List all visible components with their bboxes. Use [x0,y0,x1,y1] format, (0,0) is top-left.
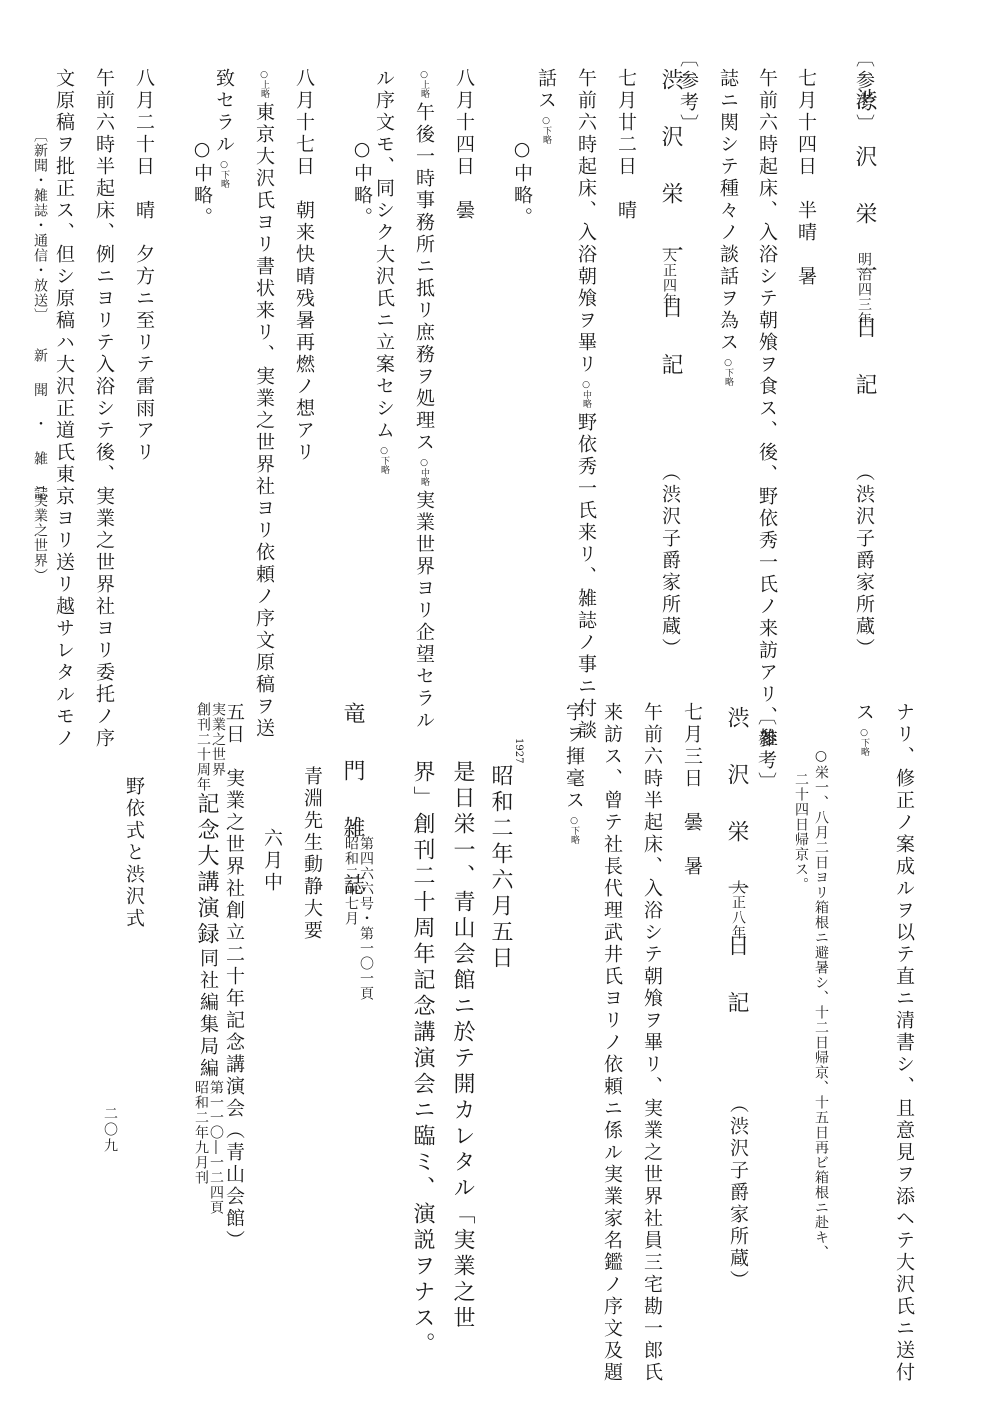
diary-era: 大正八年 [731,880,745,940]
western-year: 1927 [513,738,523,763]
text-column: 七月三日 曇 暑 [682,702,701,878]
omission-marker: ○中略。 [352,138,371,229]
event-summary: 界」創刊二十周年記念講演会ニ臨ミ、演説ヲナス。 [411,760,433,1358]
source-citation: 第四六六号・第一〇一頁昭和二年七月 [343,836,373,1001]
diary-source: （渋沢子爵家所蔵） [728,1094,747,1292]
source-section-title: 青淵先生動静大要 [302,766,321,942]
page-number: 二〇九 [103,1106,117,1154]
text-column: 致セラル○下略 [214,68,233,192]
book-editor: 同社編集局編 [198,948,217,1080]
book-citation: 第一一〇―一二四頁昭和二年九月刊 [193,1080,223,1215]
document-page: 〔参考〕 渋 沢 栄 一 日 記 明治四三年 （渋沢子爵家所蔵） 七月十四日 半… [0,0,1003,1412]
editorial-note: 二十四日帰京ス。 [794,772,808,892]
omission-marker: ○中略。 [512,138,531,229]
editorial-note: ○栄一、八月二日ヨリ箱根ニ避暑シ、十二日帰京、十五日再ビ箱根ニ赴キ、 [814,748,828,1260]
text-column: 誌ニ関シテ種々ノ談話ヲ為ス○下略 [718,68,737,390]
text-column: 五日 実業之世界社創立二十年記念講演会（青山会館） [224,702,243,1252]
omission-note: ○下略 [379,446,388,474]
text-column: 文原稿ヲ批正ス、但シ原稿ハ大沢正道氏東京ヨリ送リ越サレタルモノ [54,68,73,750]
text-column: 午前六時半起床、入浴シテ朝飧ヲ畢リ、実業之世界社員三宅勘一郎氏 [642,702,661,1384]
diary-title: 渋 沢 栄 一 日 記 [659,68,681,389]
text-column: 七月廿二日 晴 [616,68,635,222]
omission-note: ○中略 [581,380,590,408]
diary-source: （渋沢子爵家所蔵） [660,462,679,660]
omission-note: ○中略 [419,458,428,486]
reference-heading: 〔参考〕 [756,706,775,794]
text-column: 午前六時起床、入浴朝飧ヲ畢リ○中略野依秀一氏来リ、雑誌ノ事ニ付談 [576,68,595,742]
text-column: ○上略午後一時事務所ニ抵リ庶務ヲ処理ス○中略実業世界ヨリ企望セラル [414,66,433,732]
book-subtitle: 実業之世界創刊二十周年 [195,702,225,792]
text-column: 午前六時半起床、例ニヨリテ入浴シテ後、実業之世界社ヨリ委托ノ序 [94,68,113,750]
text-column: ナリ、修正ノ案成ルヲ以テ直ニ清書シ、且意見ヲ添ヘテ大沢氏ニ送付 [894,702,913,1384]
text-column: ○上略東京大沢氏ヨリ書状来リ、実業之世界社ヨリ依頼ノ序文原稿ヲ送 [254,66,273,740]
running-header-subject: （実業之世界） [33,478,47,583]
text-column: 八月十七日 朝来快晴残暑再燃ノ想アリ [294,68,313,464]
era-text: 明治四三年 [856,252,872,327]
omission-note: ○下略 [569,816,578,844]
event-summary: 是日栄一、青山会館ニ於テ開カレタル「実業之世 [451,760,473,1332]
diary-title: 渋 沢 栄 一 日 記 [853,88,875,409]
omission-note: ○下略 [541,116,550,144]
text-column: 午前六時起床、入浴シテ朝飧ヲ食ス、後、野依秀一氏ノ来訪アリ、雑 [757,68,776,750]
diary-title: 渋 沢 栄 一 日 記 [725,706,747,1027]
event-date-heading: 昭和二年六月五日 [489,764,511,972]
diary-title-text: 渋 沢 栄 一 日 記 [852,88,877,409]
source-text: （渋沢子爵家所蔵） [853,462,875,660]
omission-note: ○上略 [419,70,428,98]
article-title: 野依式と渋沢式 [124,776,143,930]
diary-era: 明治四三年 [857,252,871,327]
text-column: ス○下略 [854,702,873,760]
text-column: 話ス○下略 [536,68,555,148]
source-month: 六月中 [262,828,281,894]
text-column: 七月十四日 半晴 暑 [796,68,815,288]
text-column: 来訪ス、曾テ社長代理武井氏ヨリノ依頼ニ係ル実業家名鑑ノ序文及題 [602,702,621,1384]
omission-note: ○下略 [859,728,868,756]
text-column: 八月十四日 曇 [454,68,473,222]
omission-note: ○上略 [259,70,268,98]
text-column: 字ヲ揮毫ス○下略 [564,702,583,848]
omission-note: ○下略 [723,358,732,386]
diary-source: （渋沢子爵家所蔵） [854,462,873,660]
omission-note: ○下略 [219,160,228,188]
text-column: 八月二十日 晴 夕方ニ至リテ雷雨アリ [134,68,153,464]
running-header-category: 〔新聞・雑誌・通信・放送〕 [33,128,47,323]
text-column: ル序文モ、同シク大沢氏ニ立案セシム○下略 [374,68,393,478]
omission-marker: ○中略。 [192,138,211,229]
book-title: 記念大講演録 [195,792,217,948]
diary-era: 大正四年 [662,248,676,308]
